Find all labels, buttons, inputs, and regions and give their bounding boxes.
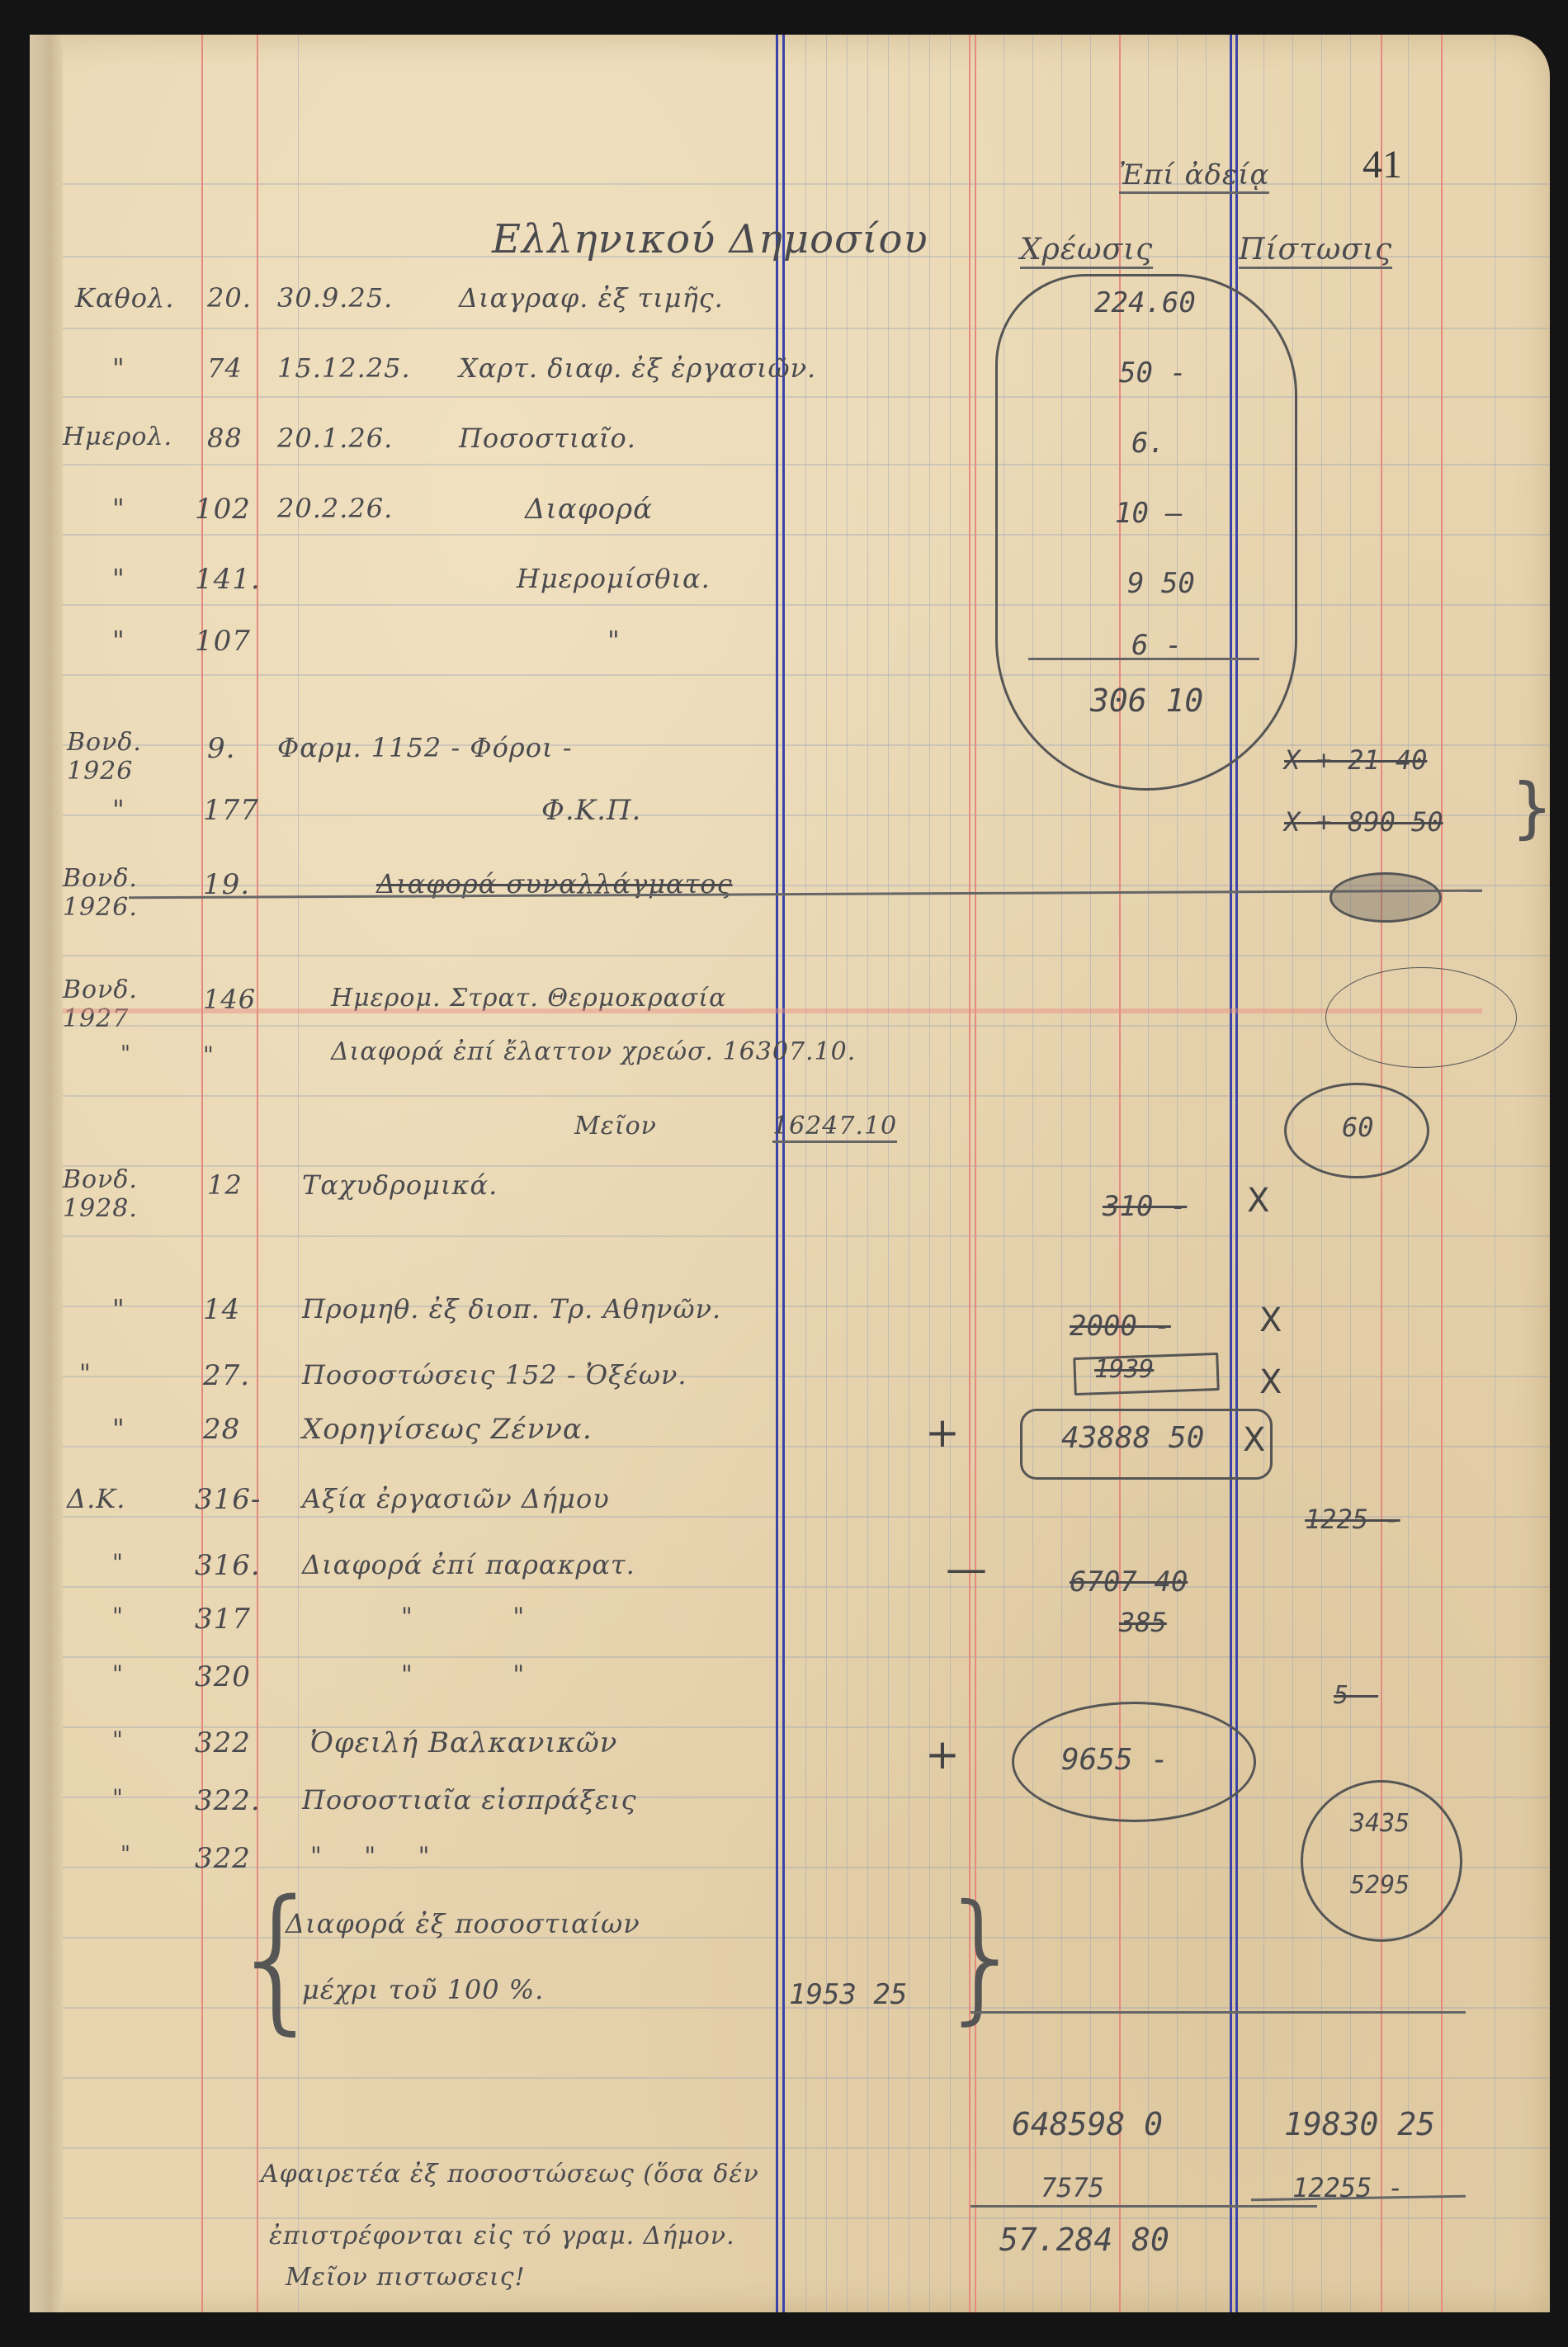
entry-book: " — [112, 1293, 125, 1325]
entry-description: Ποσοστιαῖο. — [459, 423, 636, 454]
entry-book: " — [112, 794, 125, 825]
column-red-line — [1441, 35, 1443, 2312]
x-mark-icon: X — [1247, 1182, 1269, 1220]
entry-number: 88 — [207, 423, 243, 454]
ledger-title: Ελληνικού Δημοσίου — [492, 216, 928, 262]
entry-description: Διαγραφ. ἐξ τιμῆς. — [459, 282, 724, 314]
net-rule — [971, 2205, 1317, 2208]
x-mark-icon: X — [1259, 1363, 1282, 1401]
entry-number: 74 — [207, 352, 243, 384]
entry-date: 20.1.26. — [277, 423, 393, 454]
credit-note-struck: X + 21 40 — [1284, 744, 1427, 776]
grid-line — [1321, 35, 1322, 2312]
entry-description: Χαρτ. διαφ. ἐξ ἐργασιῶν. — [459, 352, 816, 384]
entry-description: Διαφορά — [525, 493, 653, 526]
entry-number: 27. — [203, 1359, 250, 1392]
entry-description: Διαφορά ἐπί παρακρατ. — [302, 1549, 635, 1580]
entry-book: Ημερολ. — [63, 423, 172, 451]
credit-value: 5295 — [1350, 1871, 1410, 1900]
entry-book: " — [112, 1413, 125, 1444]
ruled-line — [63, 534, 1550, 536]
red-pencil-line — [63, 1008, 1482, 1013]
footer-note-line1: Αφαιρετέα ἐξ ποσοστώσεως (ὅσα δέν — [261, 2160, 759, 2189]
entry-description: Φ.Κ.Π. — [541, 794, 641, 827]
credit-note-struck: 1225 - — [1305, 1504, 1400, 1535]
ruled-line — [63, 2077, 1550, 2079]
bracket-note-line1: Διαφορά ἐξ ποσοστιαίων — [286, 1908, 640, 1939]
entry-debit-struck: 6707 40 — [1070, 1565, 1188, 1599]
ruled-line — [63, 464, 1550, 465]
debit-less: 7575 — [1041, 2172, 1104, 2203]
entry-description: Χορηγίσεως Ζέννα. — [302, 1413, 593, 1446]
footer-note-line2: ἐπιστρέφονται εἰς τό γραμ. Δήμον. — [269, 2222, 735, 2250]
entry-book: " — [120, 1041, 131, 1066]
entry-book: " — [120, 1842, 131, 1867]
entry-description: Ὀφειλή Βαλκανικῶν — [310, 1726, 617, 1759]
entry-description: Αξία ἐργασιῶν Δήμου — [302, 1483, 610, 1514]
x-mark-icon: X — [1243, 1421, 1265, 1459]
entry-date: 20.2.26. — [277, 493, 393, 524]
entry-number: 102 — [195, 493, 251, 526]
entry-description: Διαφορά ἐπί ἔλαττον χρεώσ. 16307.10. — [331, 1037, 856, 1066]
ruled-line — [63, 328, 1550, 329]
entry-number: " — [203, 1041, 215, 1069]
column-heading-top: Ἐπί ἀδείᾳ — [1119, 158, 1269, 194]
footer-note-line3: Μεῖον πιστωσεις! — [286, 2263, 526, 2292]
difference-value: 60 — [1342, 1112, 1374, 1143]
ruled-line — [63, 1656, 1550, 1658]
ruled-line — [63, 604, 1550, 606]
entry-book: Δ.Κ. — [67, 1483, 125, 1514]
credit-note-struck: 5 - — [1334, 1681, 1378, 1710]
entry-debit: 43888 50 — [1061, 1421, 1204, 1455]
less-amount: 16247.10 — [772, 1112, 897, 1143]
ruled-line — [63, 1306, 1550, 1307]
grid-line — [1495, 35, 1495, 2312]
entry-book: Καθολ. — [75, 282, 175, 314]
entry-debit-struck: 1939 — [1094, 1355, 1154, 1384]
entry-number: 316- — [195, 1483, 261, 1516]
grid-line — [929, 35, 930, 2312]
scribbled-out-value — [1329, 872, 1442, 923]
grid-line — [888, 35, 889, 2312]
entry-debit2-struck: 385 — [1119, 1607, 1167, 1638]
entry-book: " — [112, 625, 125, 656]
binding-spine — [30, 35, 63, 2312]
ruled-line — [63, 674, 1550, 676]
entry-description: " " — [401, 1603, 525, 1632]
ruled-line — [63, 396, 1550, 398]
entry-number: 9. — [207, 732, 235, 765]
entry-description: " — [607, 625, 621, 656]
ruled-line — [63, 2147, 1550, 2149]
entry-debit-struck: 2000 - — [1070, 1310, 1171, 1343]
entry-number: 14 — [203, 1293, 240, 1326]
entry-number: 317 — [195, 1603, 251, 1636]
entry-book: Βονδ. 1928. — [63, 1165, 162, 1223]
ruled-line — [63, 1797, 1550, 1798]
debit-net: 57.284 80 — [999, 2222, 1169, 2258]
credit-note-struck: X + 890 50 — [1284, 806, 1443, 838]
entry-book: " — [112, 1660, 124, 1688]
entry-book: Βονδ. 1927 — [63, 975, 162, 1033]
ruled-line — [63, 955, 1550, 956]
entry-number: 177 — [203, 794, 259, 827]
entry-debit: 9655 - — [1061, 1743, 1169, 1777]
entry-number: 141. — [195, 563, 261, 596]
entry-description: " " — [401, 1660, 525, 1689]
ruled-line — [63, 183, 1550, 185]
x-mark-icon: X — [1259, 1301, 1282, 1339]
ruled-line — [63, 885, 1550, 886]
ruled-line — [63, 1726, 1550, 1728]
entry-description: Φαρμ. 1152 - Φόροι - — [277, 732, 573, 763]
bracket-note-line2: μέχρι τοῦ 100 %. — [302, 1974, 544, 2005]
ruled-line — [63, 1446, 1550, 1447]
grid-line — [1408, 35, 1409, 2312]
entry-number: 107 — [195, 625, 251, 658]
entry-book: Βονδ. 1926. — [63, 864, 162, 922]
minus-sign-icon: — — [946, 1545, 987, 1593]
entry-number: 316. — [195, 1549, 261, 1582]
entry-description: " " " — [310, 1842, 430, 1871]
debit-total: 648598 0 — [1012, 2106, 1163, 2142]
struck-value-loop — [1325, 967, 1517, 1068]
entry-debit-struck: 310 - — [1103, 1190, 1187, 1223]
entry-number: 12 — [207, 1169, 243, 1201]
totals-rule — [971, 2011, 1466, 2014]
entry-book: Βονδ. 1926 — [67, 728, 166, 786]
plus-sign-icon: + — [925, 1731, 960, 1778]
grid-line — [826, 35, 827, 2312]
credit-value: 3435 — [1350, 1809, 1410, 1838]
entry-date: 15.12.25. — [277, 352, 411, 384]
brace-icon: } — [1511, 769, 1553, 846]
ruled-line — [63, 1235, 1550, 1237]
credit-circle — [1301, 1780, 1462, 1942]
bracket-note-amount: 1953 25 — [789, 1978, 907, 2011]
grid-line — [867, 35, 868, 2312]
entry-book: " — [79, 1359, 92, 1388]
subtotal-loop — [995, 274, 1297, 791]
entry-description: Ποσοστιαῖα εἰσπράξεις — [302, 1784, 637, 1816]
less-label: Μεῖον — [574, 1112, 657, 1140]
entry-number: 320 — [195, 1660, 251, 1693]
grid-line — [847, 35, 848, 2312]
right-brace-icon: } — [937, 1875, 1027, 2038]
entry-number: 28 — [203, 1413, 240, 1446]
ledger-page: 41 Ἐπί ἀδείᾳ Ελληνικού Δημοσίου Χρέωσις … — [30, 35, 1550, 2312]
entry-number: 20. — [207, 282, 252, 314]
entry-book: " — [112, 1549, 124, 1576]
entry-description: Προμηθ. ἐξ διοπ. Τρ. Αθηνῶν. — [302, 1293, 721, 1325]
entry-description: Ταχυδρομικά. — [302, 1169, 498, 1201]
credit-column-heading: Πίστωσις — [1239, 233, 1392, 269]
ruled-line — [63, 2217, 1550, 2219]
entry-number: 322 — [195, 1726, 251, 1759]
ruled-line — [63, 1376, 1550, 1377]
plus-sign-icon: + — [925, 1409, 960, 1457]
entry-number: 322. — [195, 1784, 261, 1817]
entry-description: Ημερομίσθια. — [517, 563, 711, 594]
left-brace-icon: { — [228, 1867, 328, 2049]
entry-description: Ποσοστώσεις 152 - Ὀξέων. — [302, 1359, 687, 1391]
entry-book: " — [112, 1603, 124, 1630]
page-number: 41 — [1363, 142, 1402, 187]
entry-book: " — [112, 493, 125, 524]
grid-line — [909, 35, 909, 2312]
ruled-line — [63, 1586, 1550, 1588]
entry-book: " — [112, 1784, 124, 1811]
entry-date: 30.9.25. — [277, 282, 393, 314]
credit-total: 19830 25 — [1284, 2106, 1435, 2142]
entry-book: " — [112, 563, 125, 594]
debit-column-heading: Χρέωσις — [1020, 233, 1153, 269]
margin-red-line — [201, 35, 203, 2312]
entry-book: " — [112, 352, 125, 384]
entry-book: " — [112, 1726, 124, 1754]
